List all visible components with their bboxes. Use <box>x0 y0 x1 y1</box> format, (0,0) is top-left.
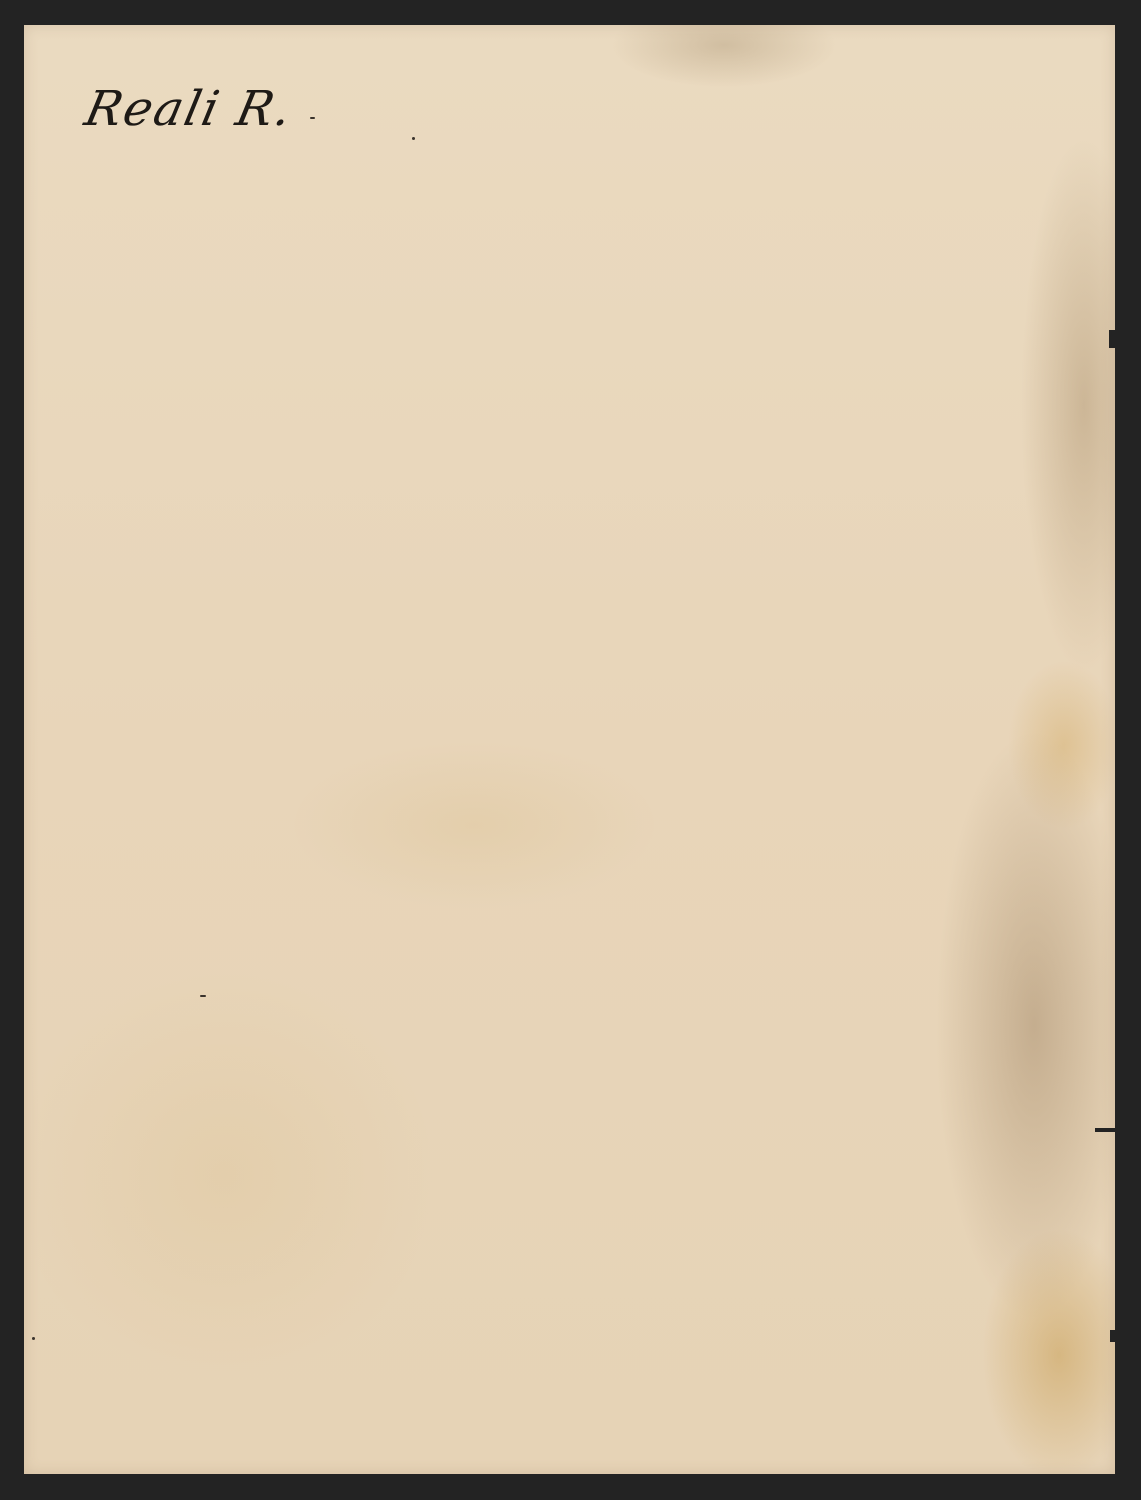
torn-edge-notch <box>1109 330 1117 348</box>
torn-edge-notch <box>1110 1330 1116 1342</box>
ink-speck <box>412 137 415 140</box>
ink-speck <box>32 1337 35 1340</box>
handwritten-annotation: Reali R. <box>81 85 298 133</box>
ink-speck <box>310 117 315 119</box>
torn-edge-notch <box>1095 1128 1117 1132</box>
paper-sheet: Reali R. <box>24 25 1115 1474</box>
ink-speck <box>200 995 206 997</box>
